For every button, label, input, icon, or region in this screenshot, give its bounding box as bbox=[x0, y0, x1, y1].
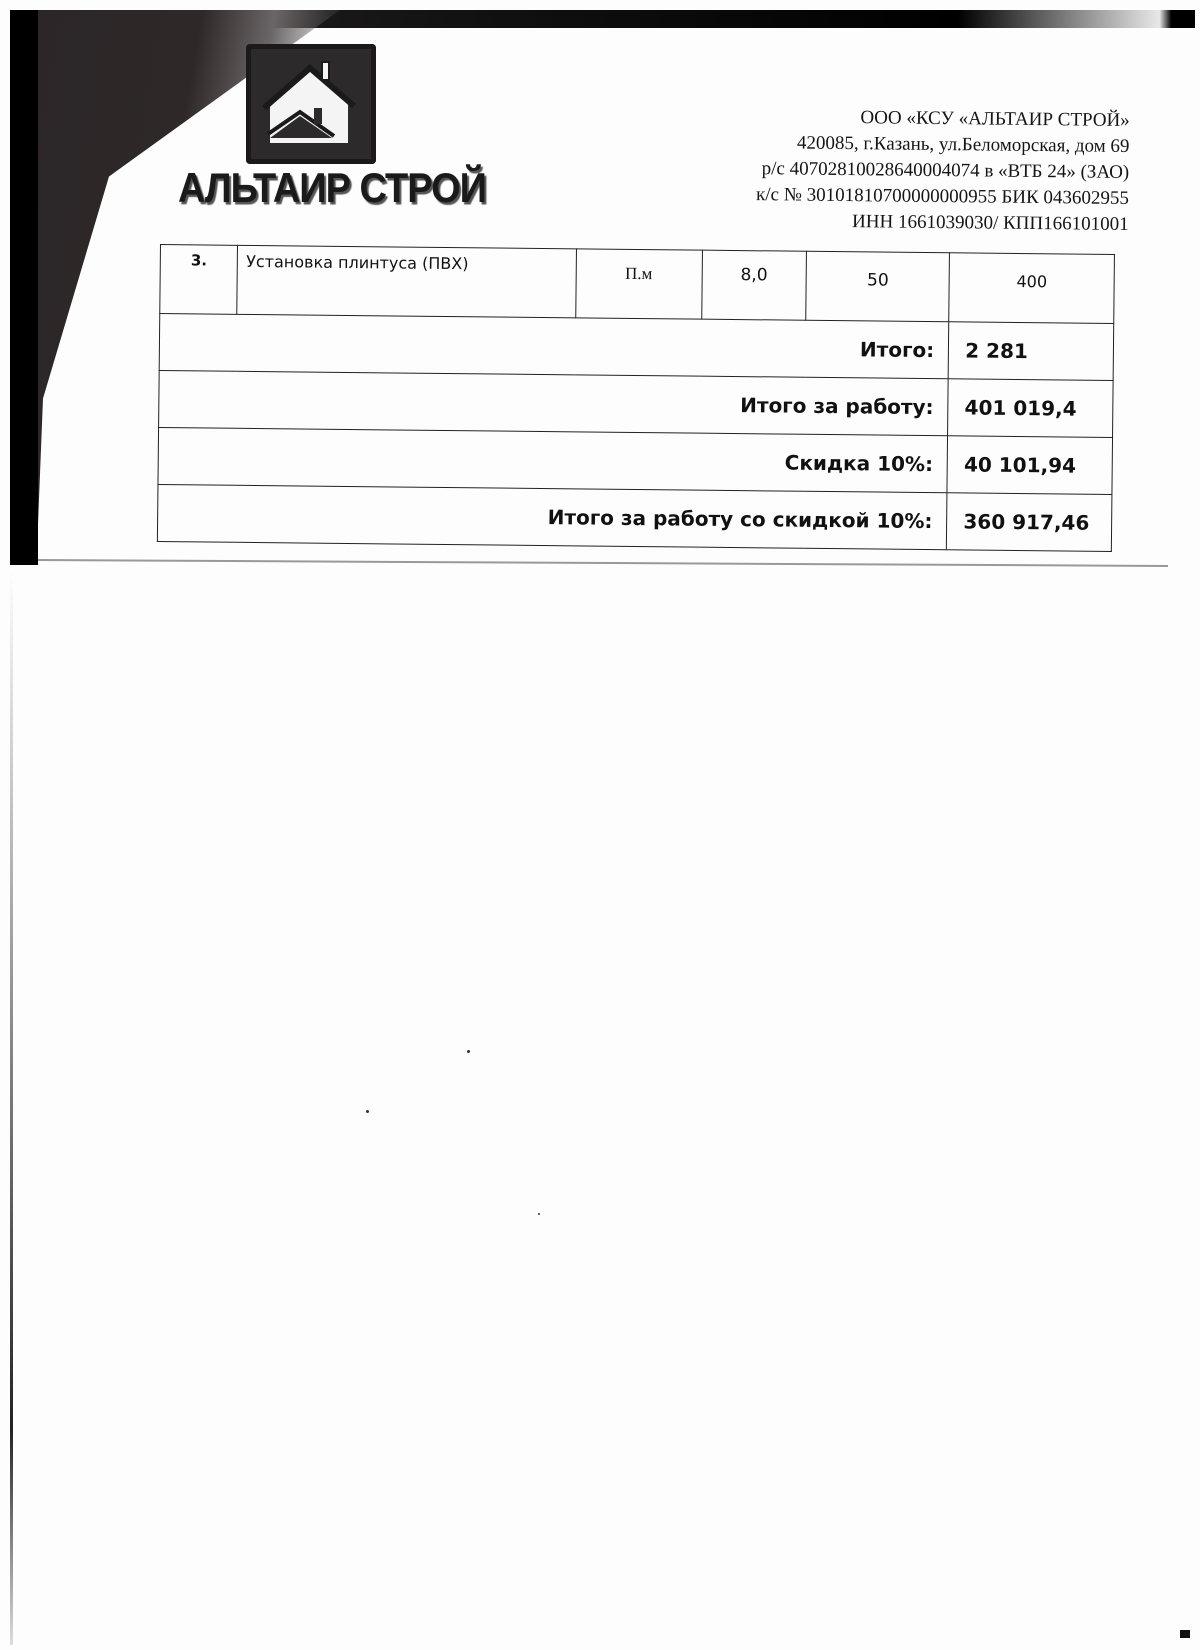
row-unit: П.м bbox=[575, 249, 702, 319]
company-account: р/с 40702810028640004074 в «ВТБ 24» (ЗАО… bbox=[756, 156, 1129, 186]
row-sum: 400 bbox=[949, 253, 1114, 324]
logo-text: АЛЬТАИР СТРОЙ bbox=[178, 166, 486, 213]
discount-value: 40 101,94 bbox=[947, 436, 1112, 495]
company-corr-account: к/с № 30101810700000000955 БИК 043602955 bbox=[756, 182, 1129, 212]
discount-row: Скидка 10%: 40 101,94 bbox=[158, 427, 1113, 494]
work-total-value: 401 019,4 bbox=[948, 379, 1113, 438]
discounted-total-label: Итого за работу со скидкой 10%: bbox=[157, 484, 947, 549]
work-total-label: Итого за работу: bbox=[159, 370, 949, 435]
total-row: Итого: 2 281 bbox=[159, 314, 1114, 381]
scan-speck bbox=[538, 1213, 540, 1215]
company-name: ООО «КСУ «АЛЬТАИР СТРОЙ» bbox=[757, 104, 1130, 134]
total-value: 2 281 bbox=[948, 322, 1113, 381]
row-number: 3. bbox=[160, 245, 238, 315]
scan-speck bbox=[366, 1110, 369, 1113]
row-price: 50 bbox=[806, 251, 950, 321]
scan-edge-left bbox=[10, 565, 13, 1645]
discounted-total-row: Итого за работу со скидкой 10%: 360 917,… bbox=[157, 484, 1112, 551]
discounted-total-value: 360 917,46 bbox=[947, 493, 1112, 552]
scan-corner-mark bbox=[1180, 1630, 1190, 1638]
discount-label: Скидка 10%: bbox=[158, 427, 948, 492]
scan-speck bbox=[467, 1050, 470, 1053]
page-fold-line bbox=[38, 559, 1168, 567]
company-address: 420085, г.Казань, ул.Беломорская, дом 69 bbox=[757, 130, 1130, 160]
total-label: Итого: bbox=[159, 314, 949, 379]
scan-shadow-left bbox=[10, 10, 38, 565]
company-logo: АЛЬТАИР СТРОЙ bbox=[178, 38, 468, 213]
row-name: Установка плинтуса (ПВХ) bbox=[237, 245, 576, 318]
house-icon bbox=[260, 58, 360, 148]
row-quantity: 8,0 bbox=[701, 250, 806, 320]
company-details: ООО «КСУ «АЛЬТАИР СТРОЙ» 420085, г.Казан… bbox=[756, 104, 1130, 238]
work-total-row: Итого за работу: 401 019,4 bbox=[159, 370, 1114, 437]
company-inn-kpp: ИНН 1661039030/ КПП166101001 bbox=[756, 208, 1129, 238]
table-row: 3. Установка плинтуса (ПВХ) П.м 8,0 50 4… bbox=[160, 245, 1115, 324]
estimate-table: 3. Установка плинтуса (ПВХ) П.м 8,0 50 4… bbox=[157, 244, 1115, 552]
